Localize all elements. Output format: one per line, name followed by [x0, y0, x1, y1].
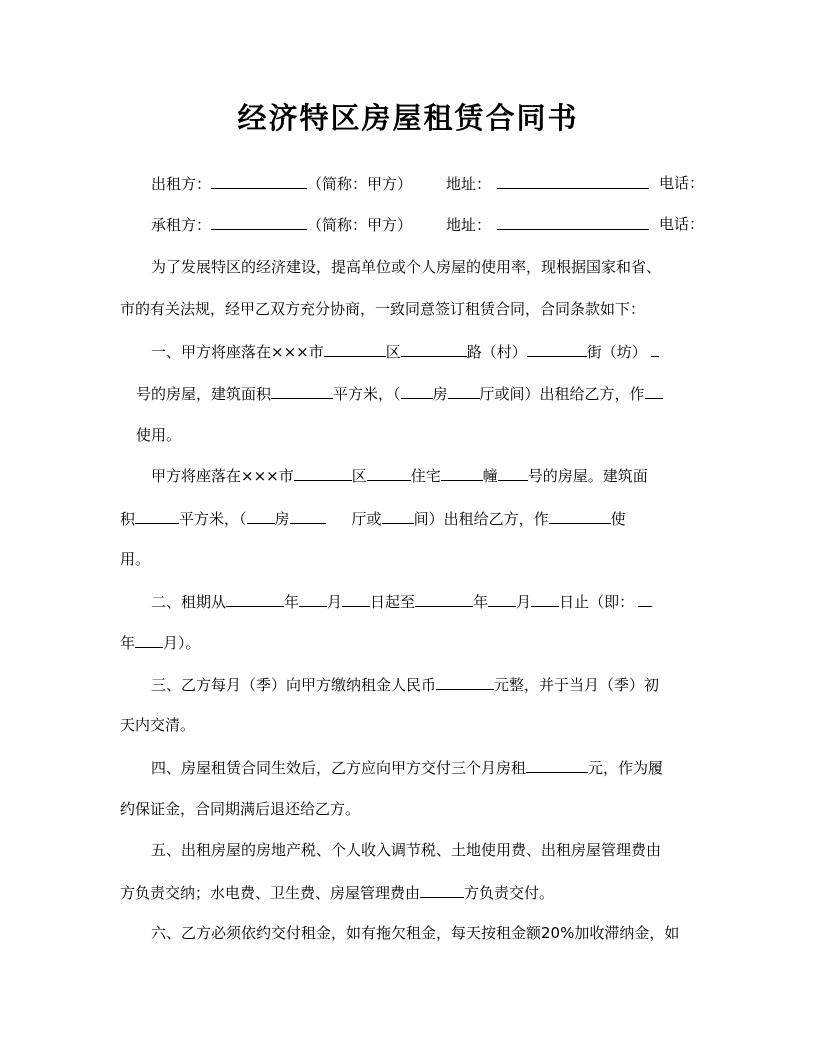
- building-blank[interactable]: [498, 464, 528, 481]
- lessor-address-label: 地址：: [446, 175, 491, 193]
- rent-amount-blank[interactable]: [436, 673, 494, 690]
- lessor-address: 地址：: [446, 172, 649, 195]
- district-blank[interactable]: [401, 340, 467, 357]
- text: 路（村）: [467, 343, 527, 361]
- rooms-or-blank[interactable]: [382, 507, 414, 524]
- text: 元整，并于当月（季）初: [494, 676, 659, 694]
- text: 幢: [483, 467, 498, 485]
- lessee-address-label: 地址：: [446, 216, 491, 234]
- residence-blank[interactable]: [441, 464, 483, 481]
- text: 一、甲方将座落在×××市: [151, 343, 324, 361]
- text: 方负责交纳；水电费、卫生费、房屋管理费由: [120, 884, 420, 902]
- lessor-label: 出租方：: [151, 175, 211, 193]
- text: 号的房屋，建筑面积: [136, 385, 271, 403]
- duration-years-blank[interactable]: [638, 590, 652, 607]
- text: 平方米，（: [179, 510, 247, 528]
- document-page: 经济特区房屋租赁合同书 出租方：（简称：甲方） 地址： 电话： 承租方：（简称：…: [0, 0, 816, 1056]
- district-blank[interactable]: [367, 464, 411, 481]
- start-month-blank[interactable]: [299, 590, 327, 607]
- city-blank[interactable]: [294, 464, 352, 481]
- clause-1b-line-3: 用。: [120, 548, 150, 570]
- clause-3-line-1: 三、乙方每月（季）向甲方缴纳租金人民币元整，并于当月（季）初: [151, 673, 659, 696]
- clause-1-line-3: 使用。: [136, 424, 181, 446]
- clause-5-line-1: 五、出租房屋的房地产税、个人收入调节税、土地使用费、出租房屋管理费由: [151, 839, 661, 861]
- text: 年: [473, 593, 488, 611]
- text: 方负责交付。: [464, 884, 554, 902]
- text: 日止（即：: [559, 593, 634, 611]
- start-day-blank[interactable]: [342, 590, 370, 607]
- text: 月: [327, 593, 342, 611]
- end-year-blank[interactable]: [415, 590, 473, 607]
- lessee-abbr: （简称：甲方）: [307, 216, 412, 234]
- text: 年: [120, 634, 135, 652]
- text: 日起至: [370, 593, 415, 611]
- text: 住宅: [411, 467, 441, 485]
- usage-blank[interactable]: [645, 382, 663, 399]
- lessor-address-blank[interactable]: [497, 172, 649, 189]
- party-row-lessee: 承租方：（简称：甲方）: [151, 213, 412, 236]
- start-year-blank[interactable]: [226, 590, 284, 607]
- clause-3-line-2: 天内交清。: [120, 714, 195, 736]
- lessee-phone: 电话：: [659, 213, 704, 235]
- block-blank[interactable]: [651, 340, 659, 357]
- text: 厅或: [352, 510, 382, 528]
- halls-blank[interactable]: [448, 382, 480, 399]
- text: 房: [275, 510, 290, 528]
- end-month-blank[interactable]: [488, 590, 516, 607]
- duration-months-blank[interactable]: [135, 631, 163, 648]
- preamble-line-2: 市的有关法规，经甲乙双方充分协商，一致同意签订租赁合同，合同条款如下：: [120, 298, 645, 320]
- lessor-phone: 电话：: [659, 172, 704, 194]
- text: 四、房屋租赁合同生效后，乙方应向甲方交付三个月房租: [151, 759, 526, 777]
- usage-blank[interactable]: [549, 507, 611, 524]
- area-blank[interactable]: [135, 507, 179, 524]
- clause-4-line-2: 约保证金，合同期满后退还给乙方。: [120, 798, 360, 820]
- deposit-blank[interactable]: [526, 756, 588, 773]
- city-blank[interactable]: [324, 340, 386, 357]
- clause-1-line-1: 一、甲方将座落在×××市区路（村）街（坊）: [151, 340, 659, 363]
- lessee-phone-label: 电话：: [659, 215, 704, 233]
- text: 厅或间）出租给乙方，作: [480, 385, 645, 403]
- text: 元，作为履: [588, 759, 663, 777]
- area-blank[interactable]: [271, 382, 333, 399]
- text: 使: [611, 510, 626, 528]
- clause-4-line-1: 四、房屋租赁合同生效后，乙方应向甲方交付三个月房租元，作为履: [151, 756, 663, 779]
- clause-1b-line-1: 甲方将座落在×××市区住宅幢号的房屋。建筑面: [151, 464, 648, 487]
- clause-2-line-1: 二、租期从年月日起至年月日止（即：: [151, 590, 652, 613]
- text: 三、乙方每月（季）向甲方缴纳租金人民币: [151, 676, 436, 694]
- lessee-label: 承租方：: [151, 216, 211, 234]
- end-day-blank[interactable]: [531, 590, 559, 607]
- text: 甲方将座落在×××市: [151, 467, 294, 485]
- halls-blank[interactable]: [290, 507, 326, 524]
- text: 积: [120, 510, 135, 528]
- text: 号的房屋。建筑面: [528, 467, 648, 485]
- text: 区: [352, 467, 367, 485]
- lessee-name-blank[interactable]: [211, 213, 307, 230]
- clause-5-line-2: 方负责交纳；水电费、卫生费、房屋管理费由方负责交付。: [120, 881, 554, 904]
- lessor-name-blank[interactable]: [211, 172, 307, 189]
- clause-2-line-2: 年月）。: [120, 631, 201, 654]
- rooms-blank[interactable]: [247, 507, 275, 524]
- text: 二、租期从: [151, 593, 226, 611]
- text: 年: [284, 593, 299, 611]
- document-title: 经济特区房屋租赁合同书: [0, 98, 816, 138]
- text: 月）。: [163, 634, 201, 652]
- text: 间）出租给乙方，作: [414, 510, 549, 528]
- road-blank[interactable]: [527, 340, 587, 357]
- clause-6-line-1: 六、乙方必须依约交付租金，如有拖欠租金，每天按租金额20%加收滞纳金，如: [151, 922, 679, 944]
- lessee-address: 地址：: [446, 213, 649, 236]
- text: 月: [516, 593, 531, 611]
- utilities-party-blank[interactable]: [420, 881, 464, 898]
- clause-1-line-2: 号的房屋，建筑面积平方米，（房厅或间）出租给乙方，作: [136, 382, 663, 405]
- party-row-lessor: 出租方：（简称：甲方）: [151, 172, 412, 195]
- clause-1b-line-2: 积平方米，（房厅或间）出租给乙方，作使: [120, 507, 626, 530]
- text: 区: [386, 343, 401, 361]
- text: 房: [433, 385, 448, 403]
- lessee-address-blank[interactable]: [497, 213, 649, 230]
- lessor-phone-label: 电话：: [659, 174, 704, 192]
- text: 平方米，（: [333, 385, 401, 403]
- rooms-blank[interactable]: [401, 382, 433, 399]
- lessor-abbr: （简称：甲方）: [307, 175, 412, 193]
- preamble-line-1: 为了发展特区的经济建设，提高单位或个人房屋的使用率，现根据国家和省、: [151, 256, 661, 278]
- text: 街（坊）: [587, 343, 647, 361]
